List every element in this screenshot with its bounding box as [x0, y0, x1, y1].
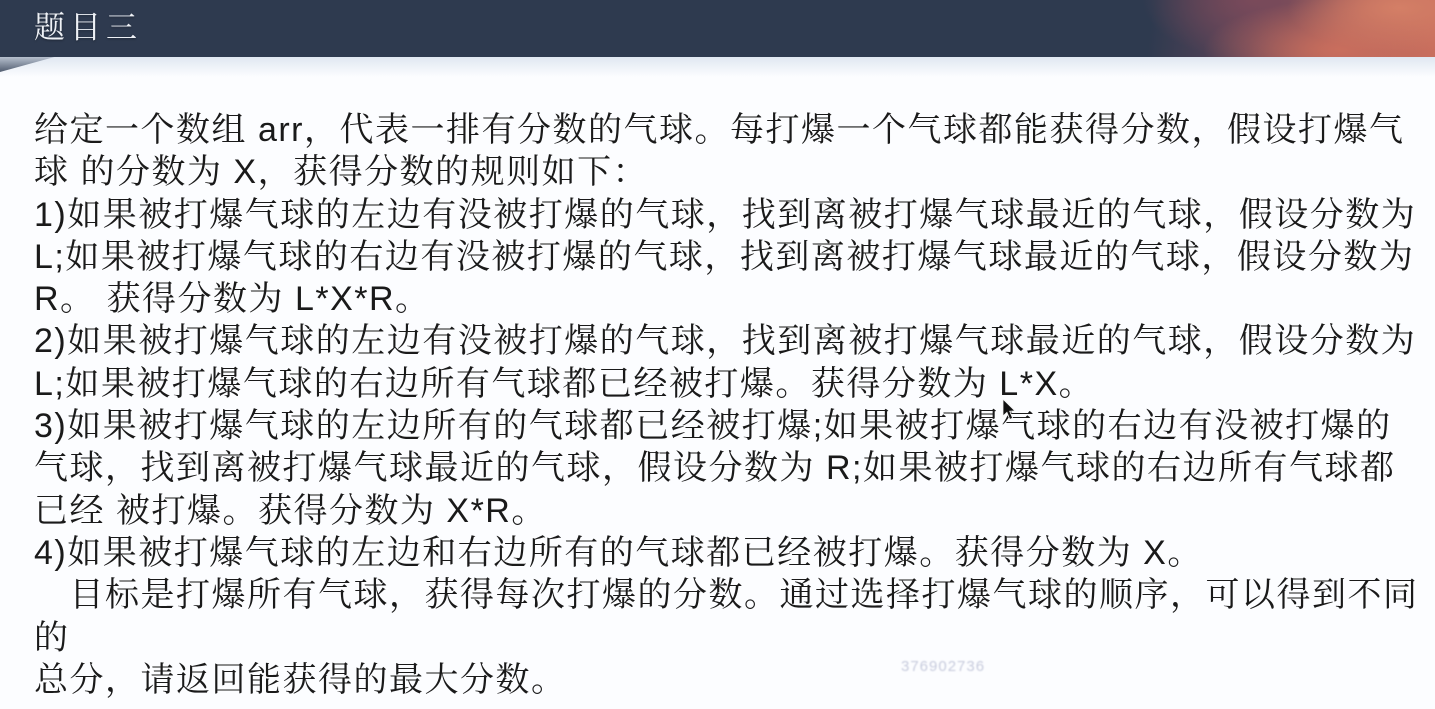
watermark: 376902736: [901, 658, 985, 675]
title-bar: 题目三: [0, 0, 1435, 57]
problem-statement: 给定一个数组 arr，代表一排有分数的气球。每打爆一个气球都能获得分数，假设打爆…: [34, 109, 1426, 701]
slide: 题目三 给定一个数组 arr，代表一排有分数的气球。每打爆一个气球都能获得分数，…: [0, 0, 1435, 709]
title-bar-shadow: [0, 57, 1435, 77]
mouse-cursor-icon: [999, 399, 1019, 421]
page-title: 题目三: [34, 9, 142, 47]
